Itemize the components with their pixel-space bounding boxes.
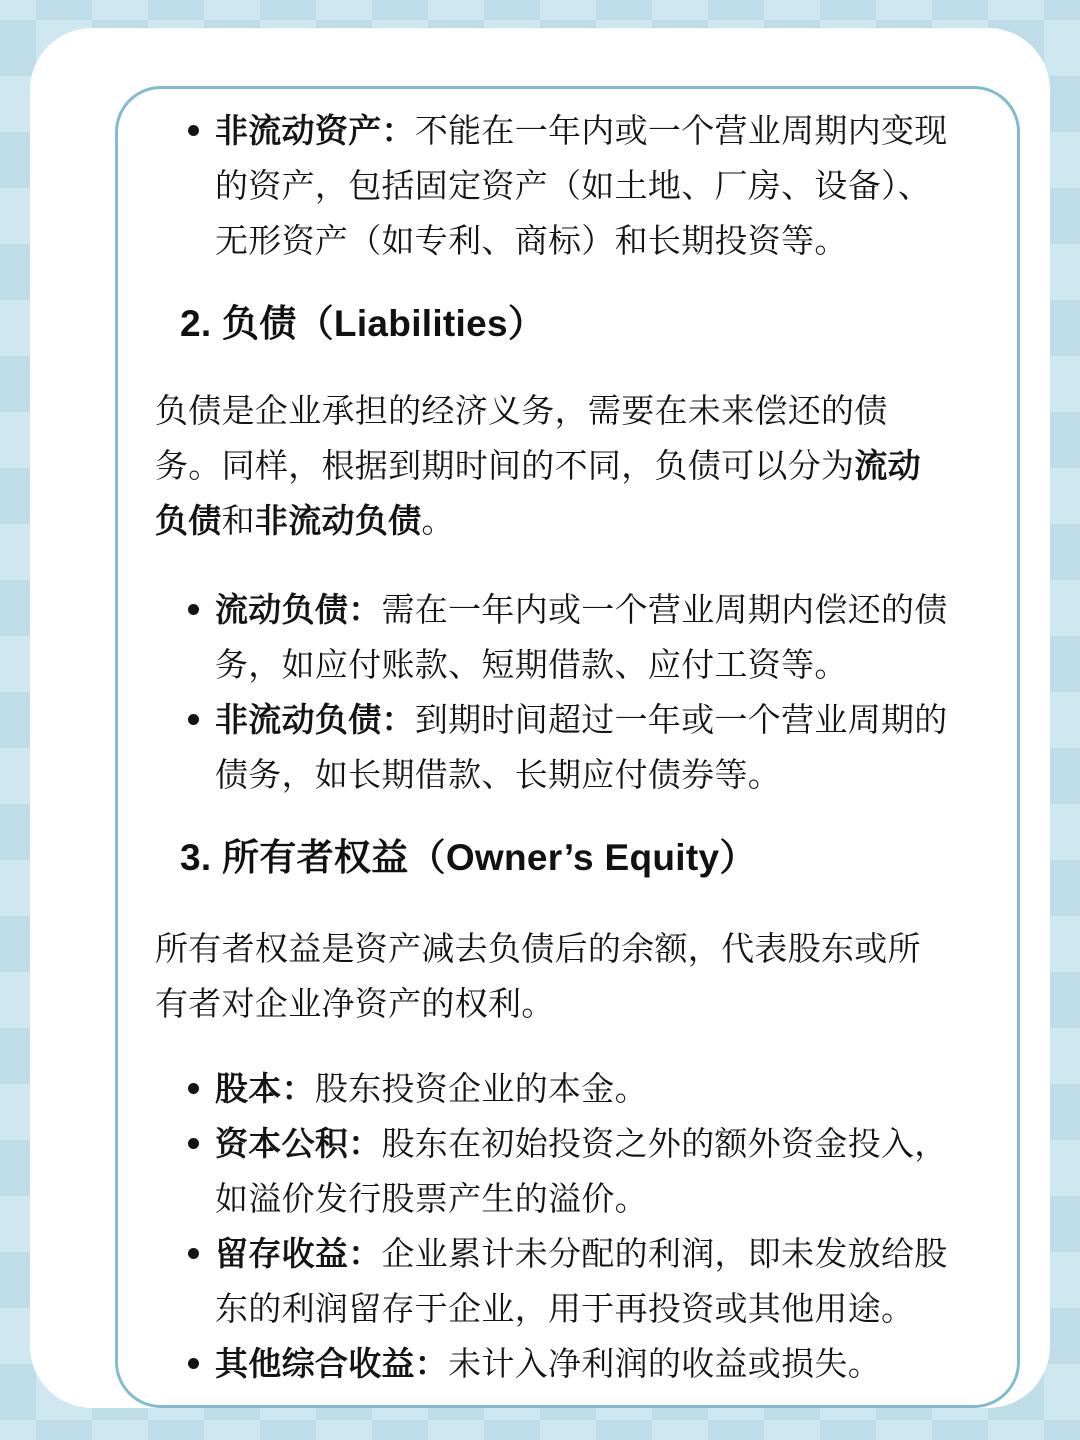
- list-item-capital-reserve: 资本公积：股东在初始投资之外的额外资金投入，如溢价发行股票产生的溢价。: [155, 1116, 953, 1226]
- bullet-dot: [188, 1083, 199, 1094]
- bullet-dot: [188, 604, 199, 615]
- list-item-noncurrent-liabilities: 非流动负债：到期时间超过一年或一个营业周期的债务，如长期借款、长期应付债券等。: [155, 692, 953, 802]
- list-item-term: 流动负债：: [215, 591, 382, 628]
- list-item-term: 股本：: [215, 1070, 315, 1107]
- list-item-term: 非流动负债：: [215, 701, 415, 738]
- liabilities-list: 流动负债：需在一年内或一个营业周期内偿还的债务，如应付账款、短期借款、应付工资等…: [155, 582, 953, 802]
- section-heading-equity: 3. 所有者权益（Owner’s Equity）: [180, 830, 953, 885]
- content-card: 非流动资产：不能在一年内或一个营业周期内变现的资产，包括固定资产（如土地、厂房、…: [30, 28, 1050, 1408]
- equity-intro-paragraph: 所有者权益是资产减去负债后的余额，代表股东或所有者对企业净资产的权利。: [155, 921, 953, 1031]
- list-item-retained-earnings: 留存收益：企业累计未分配的利润，即未发放给股东的利润留存于企业，用于再投资或其他…: [155, 1226, 953, 1336]
- equity-list: 股本：股东投资企业的本金。 资本公积：股东在初始投资之外的额外资金投入，如溢价发…: [155, 1061, 953, 1391]
- section-heading-liabilities: 2. 负债（Liabilities）: [180, 296, 953, 351]
- list-item-term: 资本公积：: [215, 1125, 382, 1162]
- list-item-noncurrent-assets: 非流动资产：不能在一年内或一个营业周期内变现的资产，包括固定资产（如土地、厂房、…: [155, 103, 953, 268]
- intro-segment: 负债是企业承担的经济义务，需要在未来偿还的债务。同样，根据到期时间的不同，负债可…: [155, 392, 888, 484]
- list-item-current-liabilities: 流动负债：需在一年内或一个营业周期内偿还的债务，如应付账款、短期借款、应付工资等…: [155, 582, 953, 692]
- list-item-desc: 未计入净利润的收益或损失。: [448, 1345, 881, 1382]
- bullet-dot: [188, 125, 199, 136]
- list-item-share-capital: 股本：股东投资企业的本金。: [155, 1061, 953, 1116]
- liabilities-intro-paragraph: 负债是企业承担的经济义务，需要在未来偿还的债务。同样，根据到期时间的不同，负债可…: [155, 383, 953, 548]
- intro-segment-bold: 非流动负债: [255, 502, 422, 539]
- intro-segment: 和: [222, 502, 255, 539]
- page-background: 非流动资产：不能在一年内或一个营业周期内变现的资产，包括固定资产（如土地、厂房、…: [0, 0, 1080, 1440]
- bullet-dot: [188, 1248, 199, 1259]
- content-panel: 非流动资产：不能在一年内或一个营业周期内变现的资产，包括固定资产（如土地、厂房、…: [115, 86, 1020, 1408]
- bullet-dot: [188, 1138, 199, 1149]
- bullet-dot: [188, 1358, 199, 1369]
- bullet-dot: [188, 714, 199, 725]
- noncurrent-asset-list: 非流动资产：不能在一年内或一个营业周期内变现的资产，包括固定资产（如土地、厂房、…: [155, 103, 953, 268]
- list-item-desc: 股东投资企业的本金。: [315, 1070, 648, 1107]
- list-item-term: 留存收益：: [215, 1235, 382, 1272]
- list-item-other-comprehensive-income: 其他综合收益：未计入净利润的收益或损失。: [155, 1336, 953, 1391]
- intro-segment: 。: [421, 502, 454, 539]
- list-item-term: 其他综合收益：: [215, 1345, 448, 1382]
- list-item-term: 非流动资产：: [215, 112, 415, 149]
